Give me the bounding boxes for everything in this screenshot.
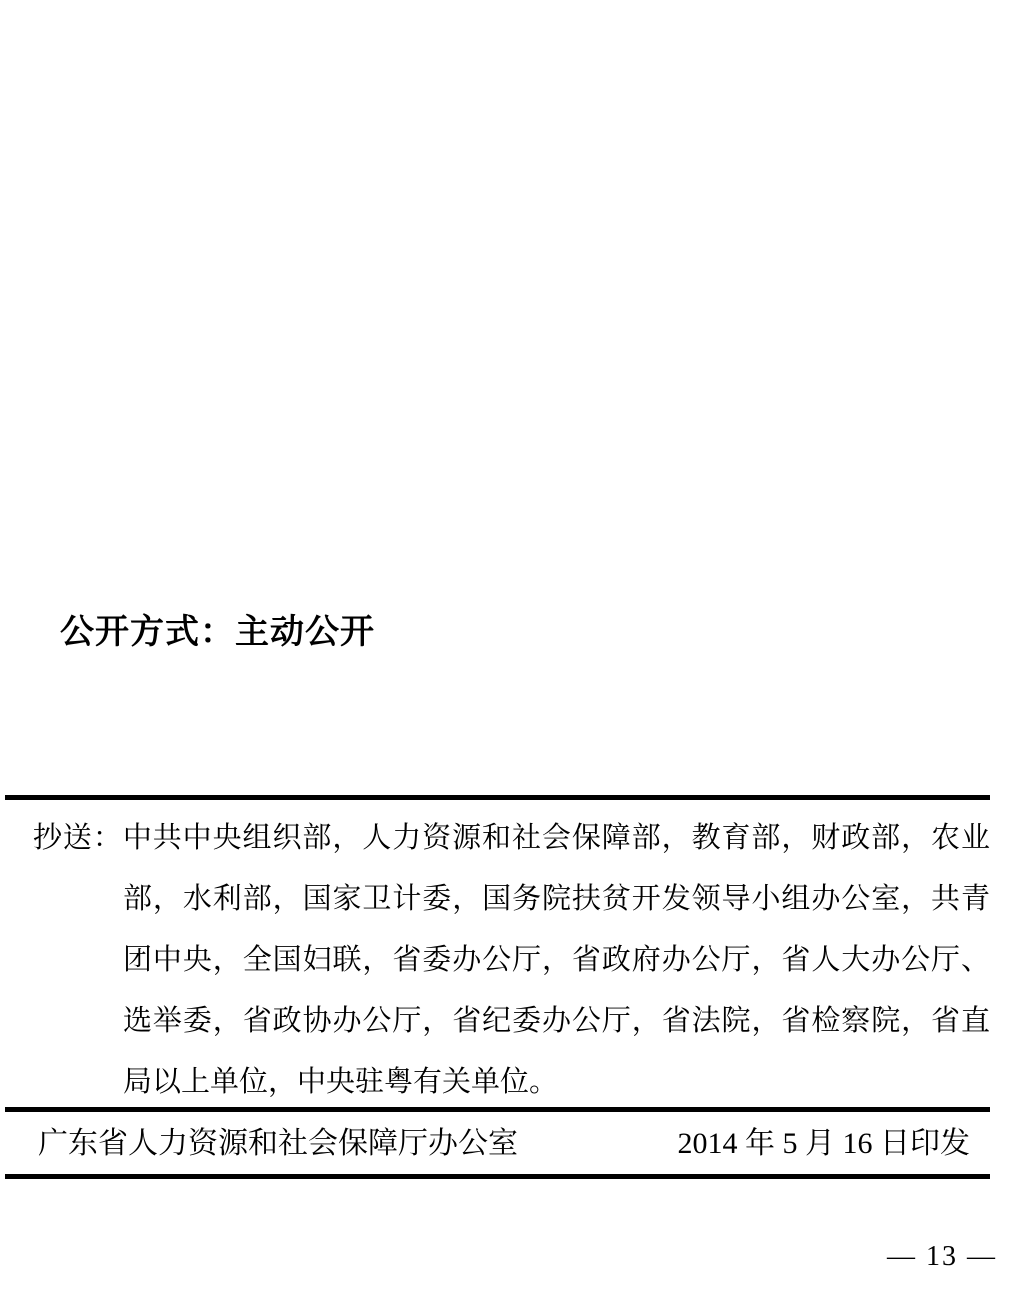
bottom-divider: [5, 1174, 990, 1179]
cc-line-text: 中共中央组织部，人力资源和社会保障部，教育部，财政部，农业: [123, 822, 990, 854]
cc-line: 团中央，全国妇联，省委办公厅，省政府办公厅，省人大办公厅、: [123, 930, 990, 991]
cc-label: 抄送：: [33, 822, 123, 854]
cc-line: 抄送：中共中央组织部，人力资源和社会保障部，教育部，财政部，农业: [33, 808, 990, 869]
print-date: 2014 年 5 月 16 日印发: [678, 1121, 971, 1167]
cc-line: 部，水利部，国家卫计委，国务院扶贫开发领导小组办公室，共青: [123, 869, 990, 930]
cc-line: 选举委，省政协办公厅，省纪委办公厅，省法院，省检察院，省直: [123, 991, 990, 1052]
issuing-office: 广东省人力资源和社会保障厅办公室: [38, 1121, 518, 1167]
document-page: 公开方式：主动公开 抄送：中共中央组织部，人力资源和社会保障部，教育部，财政部，…: [0, 0, 1025, 1305]
page-number: — 13 —: [887, 1240, 997, 1274]
cc-line: 局以上单位，中央驻粤有关单位。: [123, 1052, 558, 1113]
disclosure-method-heading: 公开方式：主动公开: [60, 612, 375, 652]
top-divider: [5, 795, 990, 800]
middle-divider: [5, 1107, 990, 1112]
